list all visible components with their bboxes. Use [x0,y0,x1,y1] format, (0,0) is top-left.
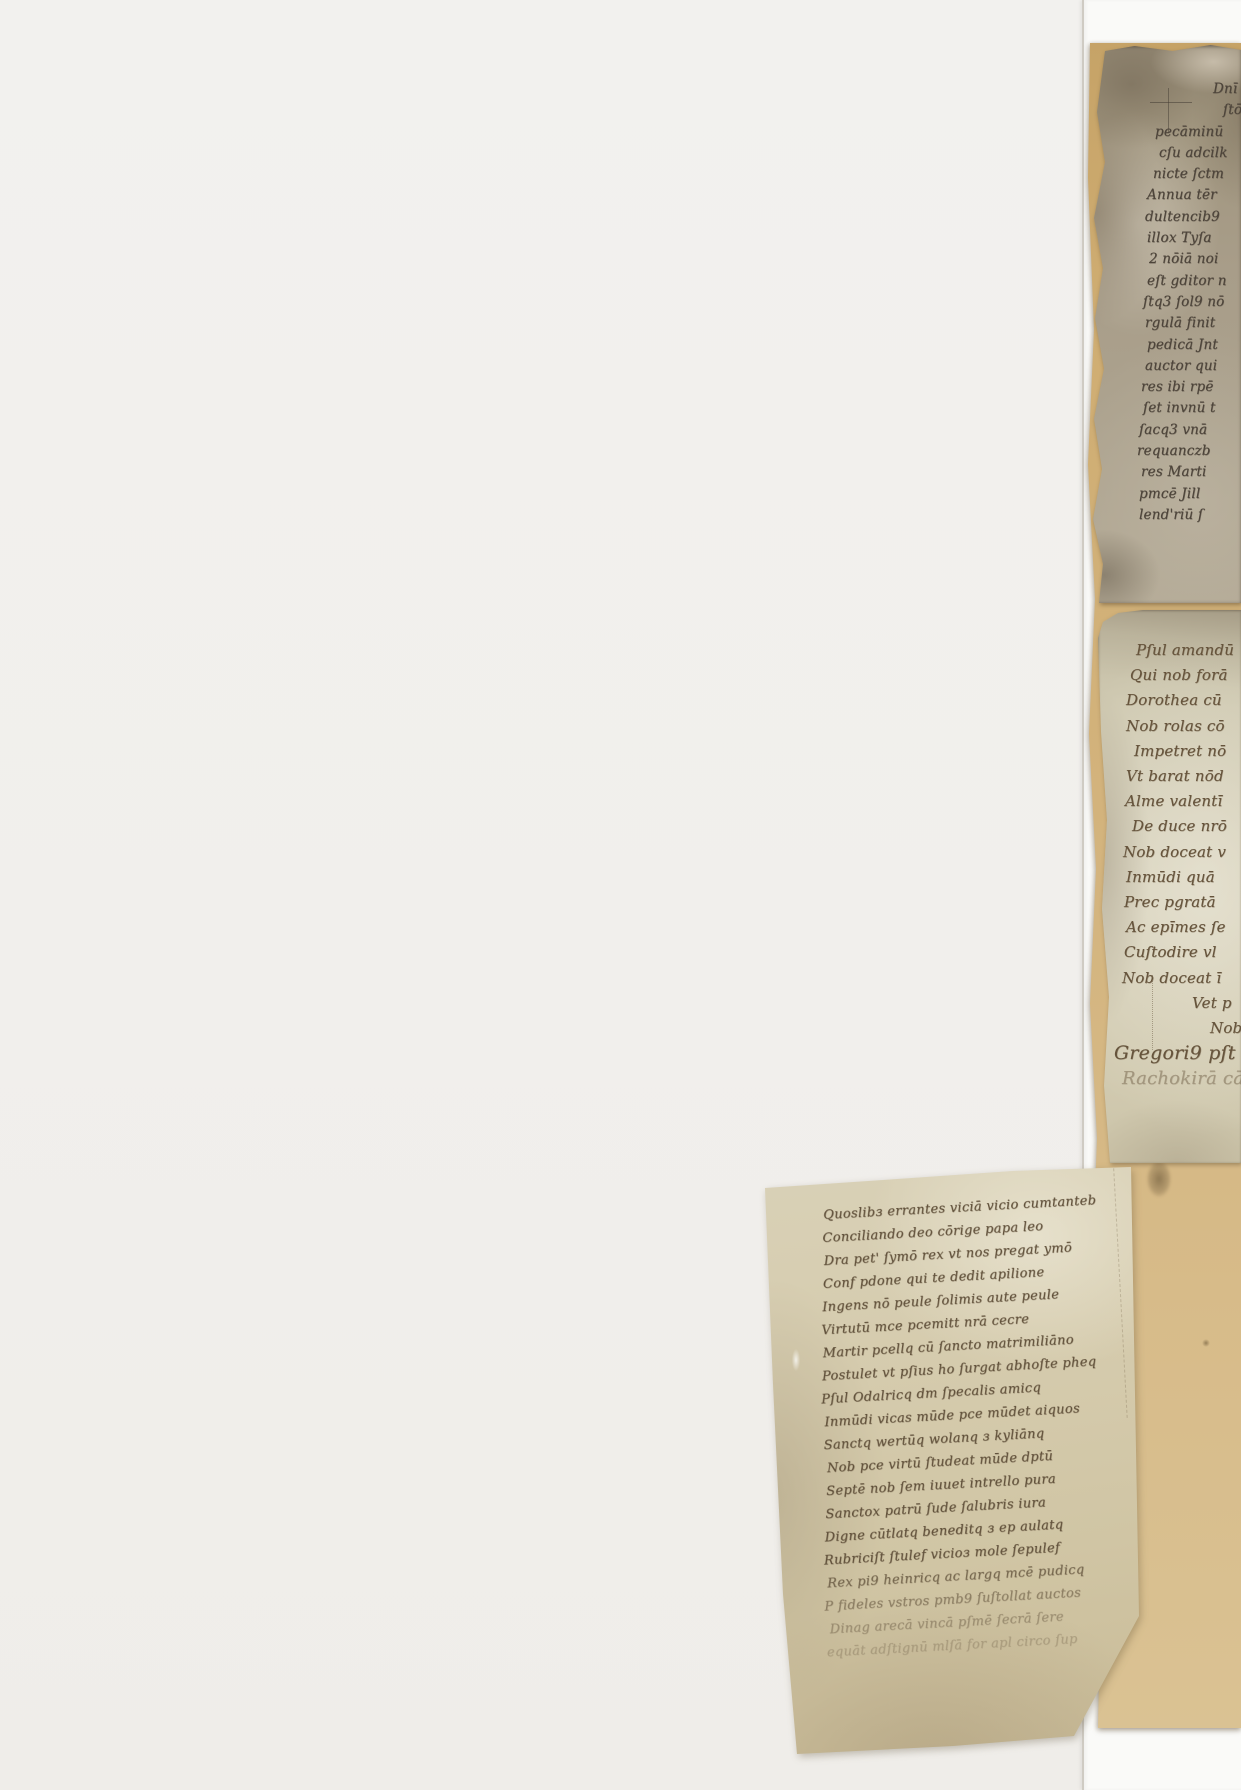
manuscript-line: De duce nrō [1132,814,1241,839]
fragment-middle-textblock: Pſul amandūQui nob forāDorothea cūNob ro… [1098,638,1241,1092]
manuscript-line: Dorothea cū [1126,688,1241,713]
manuscript-line: Dnī [1213,79,1241,100]
manuscript-line: Ac epīmes ſe [1126,915,1241,940]
manuscript-line: Nob rolas cō [1126,714,1241,739]
ruling-line [1152,975,1153,1050]
manuscript-line: pecāminū [1155,122,1241,143]
manuscript-line: Alme valentī [1125,789,1241,814]
manuscript-line: Impetret nō [1134,739,1241,764]
manuscript-line: nicte ſctm [1153,164,1241,185]
manuscript-line: Pſul amandū [1136,638,1241,663]
fragment-leaf: Quoslibз errantes viciā vicio cumtantebC… [763,1164,1143,1764]
manuscript-line: Vet p [1192,991,1241,1016]
manuscript-line: ſet invnū t [1143,398,1241,419]
manuscript-line: Nob doceat v [1123,840,1241,865]
manuscript-line: Nob v [1210,1016,1241,1041]
manuscript-line: res Marti [1141,462,1241,483]
manuscript-line: pmcē Jill [1139,484,1241,505]
fragment-leaf-textblock: Quoslibз errantes viciā vicio cumtantebC… [763,1187,1143,1667]
manuscript-line: Annua tēr [1147,185,1241,206]
manuscript-line: Gregori9 pſt [1114,1041,1241,1066]
manuscript-line: requanczb [1137,441,1241,462]
manuscript-line: Qui nob forā [1130,663,1241,688]
manuscript-line: ſtō l [1223,100,1241,121]
manuscript-line: auctor qui [1145,356,1241,377]
ink-stain-dot [1202,1339,1210,1347]
manuscript-line: 2 nōiā noi [1149,249,1241,270]
manuscript-line: Cuſtodire vl [1124,940,1241,965]
fragment-leaf-rotated-content: Quoslibз errantes viciā vicio cumtantebC… [763,1164,1143,1764]
manuscript-line: Nob doceat ī [1122,966,1241,991]
manuscript-line: Rachokirā cā [1122,1066,1241,1091]
manuscript-line: illox Tyſa [1147,228,1241,249]
manuscript-line: pedicā Jnt [1147,335,1241,356]
manuscript-line: lend'riū ſ [1139,505,1241,526]
manuscript-line: dultencib9 [1145,207,1241,228]
manuscript-line: cſu adcilk [1159,143,1241,164]
manuscript-line: Prec pgratā [1124,890,1241,915]
manuscript-line: ſtq3 ſol9 nō [1143,292,1241,313]
manuscript-line: ſacq3 vnā [1139,420,1241,441]
manuscript-line: rgulā finit [1145,313,1241,334]
fragment-leaf-wrap: Quoslibз errantes viciā vicio cumtantebC… [763,1164,1143,1764]
manuscript-line: res ibi rpē [1141,377,1241,398]
fragment-middle-wrap: Pſul amandūQui nob forāDorothea cūNob ro… [1098,610,1241,1163]
manuscript-line: eſt gditor n [1147,271,1241,292]
fragment-top-wrap: Dnīſtō lpecāminūcſu adcilknicte ſctmAnnu… [1089,45,1241,603]
ink-stain [1142,1159,1176,1209]
fragment-middle: Pſul amandūQui nob forāDorothea cūNob ro… [1098,610,1241,1163]
fragment-top: Dnīſtō lpecāminūcſu adcilknicte ſctmAnnu… [1089,45,1241,603]
manuscript-scan-page: Dnīſtō lpecāminūcſu adcilknicte ſctmAnnu… [0,0,1241,1790]
manuscript-line: Vt barat nōd [1126,764,1241,789]
fragment-top-textblock: Dnīſtō lpecāminūcſu adcilknicte ſctmAnnu… [1089,79,1241,526]
manuscript-line: Inmūdi quā [1126,865,1241,890]
